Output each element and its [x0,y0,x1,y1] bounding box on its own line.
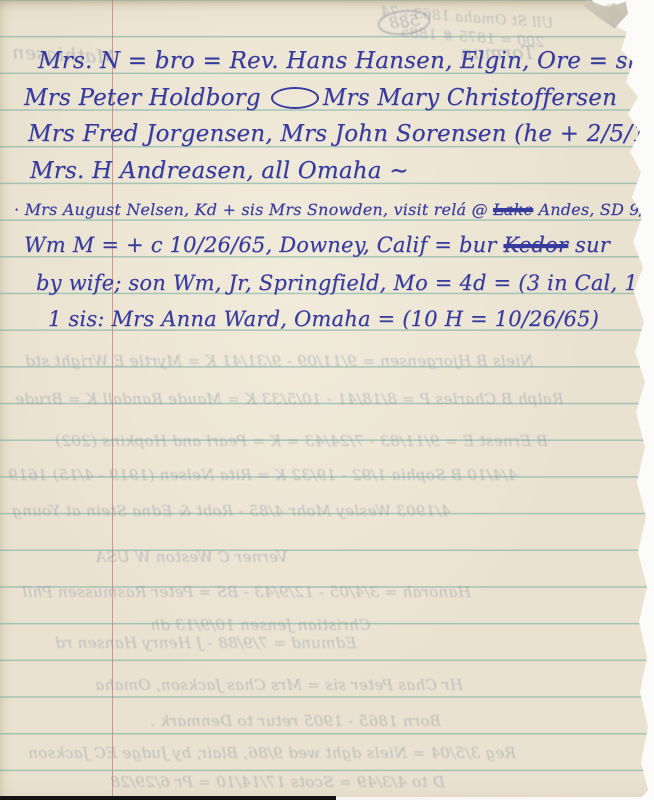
scan-edge-strip [0,796,336,800]
bleedthrough-line: Verner C Weston W USA [95,548,288,566]
handwritten-text: Wm M = + c 10/26/65, Downey, Calif = bur [24,233,503,257]
bleedthrough-line: Ralph B Charles P = 8/18/41 - 10/5/33 K … [15,390,564,408]
handwritten-line-3: Mrs Fred Jorgensen, Mrs John Sorensen (h… [28,121,654,147]
handwritten-line-7: by wife; son Wm, Jr, Springfield, Mo = 4… [36,271,654,295]
handwritten-text: · Mrs August Nelsen, Kd + sis Mrs Snowde… [14,200,493,219]
handwritten-text: Mrs Peter Holdborg [24,85,261,111]
bleedthrough-line: Edmund = 7/9/88 - J Henry Hansen rd [55,634,356,652]
bleedthrough-line: Reg 3/5/04 = Niels dght wed 9/86, Blair,… [28,744,516,762]
handwritten-text: Andes, SD 9/20/09 [533,200,654,219]
bleedthrough-line: 4/1903 Wesley Mohr 4/85 - Robt & Edna St… [12,502,451,520]
bleedthrough-line: 4/4/10 B Sophia 1/92 - 19/32 K = Rita Ne… [8,466,517,484]
handwritten-line-4: Mrs. H Andreasen, all Omaha ~ [30,158,409,184]
bleedthrough-line: Christian Jensen 10/9/13 dh [150,616,371,634]
bleedthrough-line: Hr Chas Peter sis = Mrs Chas Jackson, Om… [95,676,463,694]
handwritten-text: sur [568,233,610,257]
bleedthrough-line: Hanorah = 3/4/05 - 12/9/43 - BS = Peter … [22,583,471,601]
handwritten-text: Mrs Fred Jorgensen, Mrs John Sorensen (h… [28,121,632,147]
handwritten-text: 10 [632,121,654,147]
handwritten-line-5: · Mrs August Nelsen, Kd + sis Mrs Snowde… [14,200,654,219]
handwritten-line-6: Wm M = + c 10/26/65, Downey, Calif = bur… [24,233,610,257]
date-with-correction: 1410 [632,121,654,147]
notebook-page: Ull St Omaha 1863 - 74 200 = 1875 # 1885… [0,0,654,797]
bleedthrough-line: D to 4/3/49 = Scots 17/14/10 = Pr 6/29/2… [110,773,445,791]
bleedthrough-line: Born 1865 - 1905 retur to Denmark . [150,712,441,730]
crossed-out-word: Lake [493,200,533,219]
handwritten-line-8: 1 sis: Mrs Anna Ward, Omaha = (10 H = 10… [48,307,599,331]
crossed-out-word: Kedor [503,233,568,257]
ink-oval [271,87,319,109]
handwritten-line-2: Mrs Peter HoldborgMrs Mary Christofferse… [24,84,654,112]
bleedthrough-line: B Ernest E = 9/11/83 - 7/24/43 = K = Pea… [55,432,548,450]
ink-oval [641,84,654,112]
superscript-correction: 14 [637,110,654,125]
bleedthrough-line: Niels B Hjorgensen = 9/11/09 - 9/31/41 K… [25,352,534,370]
handwritten-text: Mrs Mary Christoffersen [323,85,617,111]
handwritten-line-1: Mrs. N = bro = Rev. Hans Hansen, Elgin, … [38,48,654,74]
